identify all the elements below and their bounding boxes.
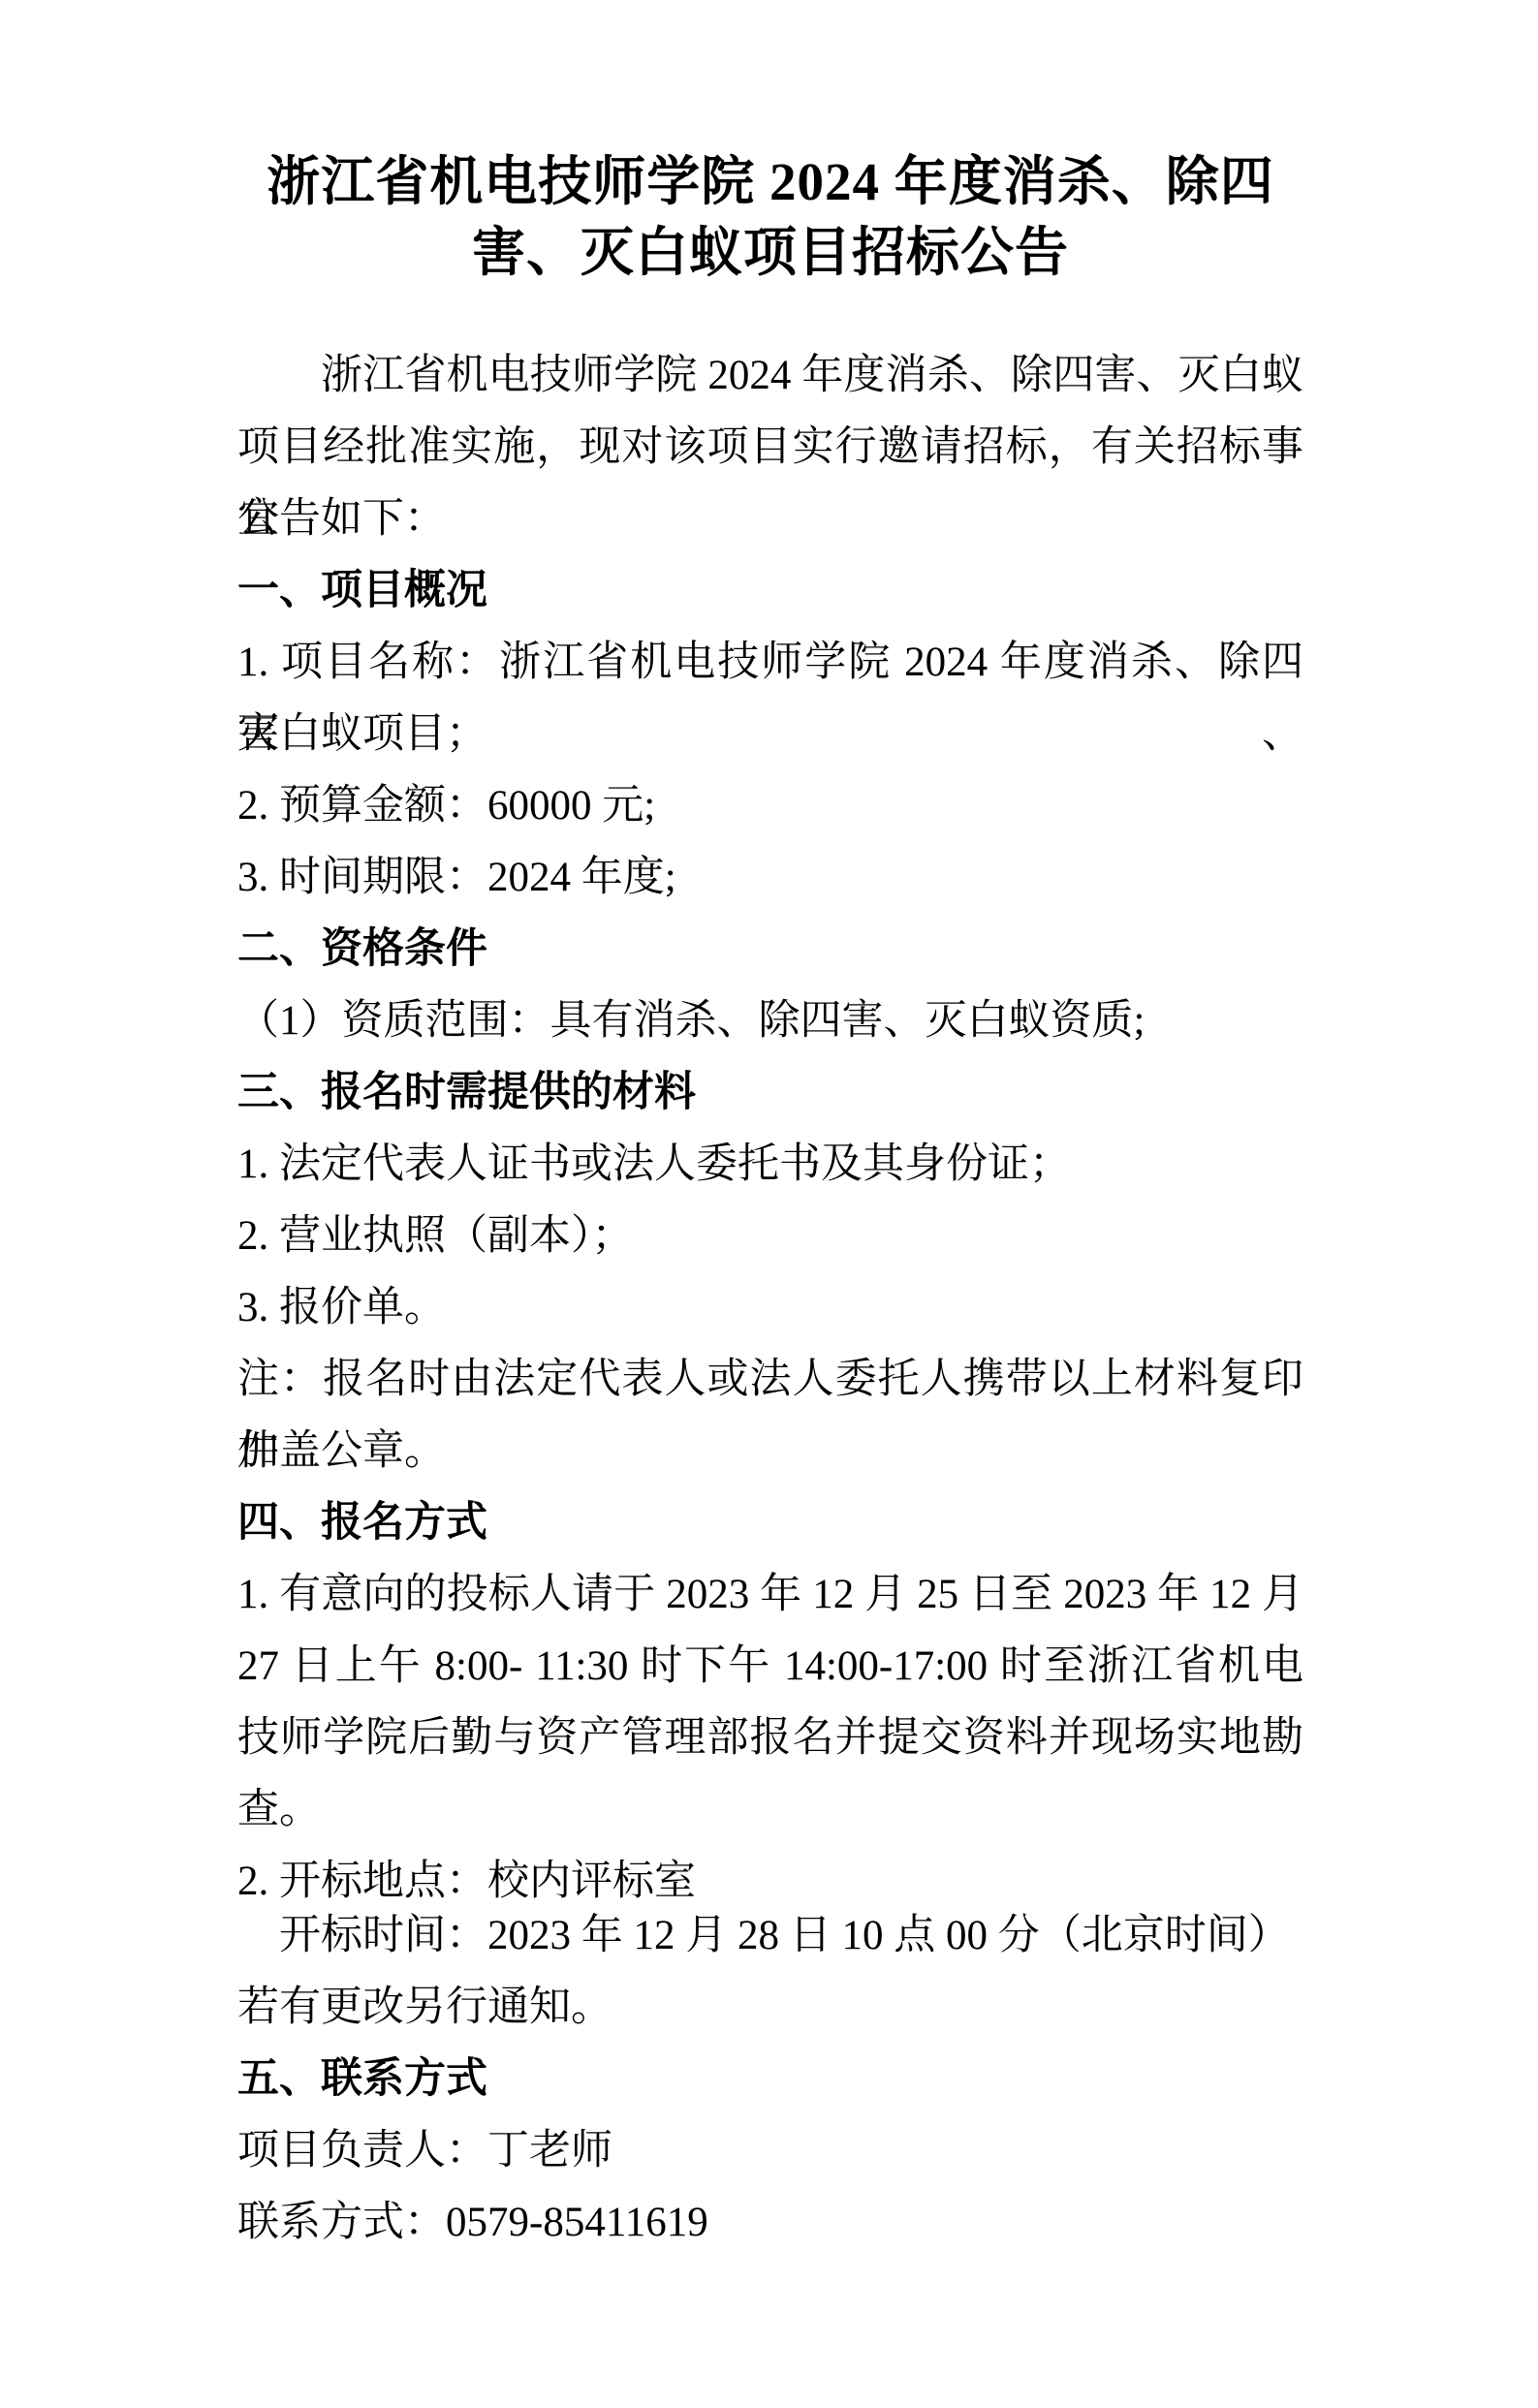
text-line: 3. 报价单。 <box>237 1272 1303 1344</box>
text-line: 加盖公章。 <box>237 1416 1303 1487</box>
text-line: 注：报名时由法定代表人或法人委托人携带以上材料复印件 <box>237 1344 1303 1416</box>
document-body: 浙江省机电技师学院 2024 年度消杀、除四害、灭白蚁项目经批准实施，现对该项目… <box>237 340 1303 2259</box>
text-line: 浙江省机电技师学院 2024 年度消杀、除四害、灭白蚁 <box>237 340 1303 412</box>
page-title-line-2: 害、灭白蚁项目招标公告 <box>237 217 1303 288</box>
document-page: 浙江省机电技师学院 2024 年度消杀、除四 害、灭白蚁项目招标公告 浙江省机电… <box>0 0 1538 2408</box>
text-line: 项目经批准实施，现对该项目实行邀请招标，有关招标事宜 <box>237 412 1303 484</box>
section-heading: 五、联系方式 <box>237 2044 1303 2115</box>
text-line: 项目负责人：丁老师 <box>237 2115 1303 2187</box>
text-line: 1. 法定代表人证书或法人委托书及其身份证； <box>237 1129 1303 1201</box>
text-line: 3. 时间期限：2024 年度; <box>237 842 1303 914</box>
text-line: 若有更改另行通知。 <box>237 1972 1303 2044</box>
text-line: 1. 项目名称：浙江省机电技师学院 2024 年度消杀、除四害、 <box>237 627 1303 699</box>
page-title-line-1: 浙江省机电技师学院 2024 年度消杀、除四 <box>237 146 1303 217</box>
text-line: 查。 <box>237 1774 1303 1846</box>
section-heading: 一、项目概况 <box>237 555 1303 627</box>
text-line: 27 日上午 8:00- 11:30 时下午 14:00-17:00 时至浙江省… <box>237 1631 1303 1703</box>
text-line: 技师学院后勤与资产管理部报名并提交资料并现场实地勘 <box>237 1703 1303 1774</box>
text-line: 公告如下： <box>237 484 1303 555</box>
page-title: 浙江省机电技师学院 2024 年度消杀、除四 害、灭白蚁项目招标公告 <box>237 146 1303 288</box>
section-heading: 二、资格条件 <box>237 914 1303 985</box>
section-heading: 三、报名时需提供的材料 <box>237 1057 1303 1129</box>
text-line: 2. 营业执照（副本）； <box>237 1201 1303 1272</box>
text-line: 2. 预算金额：60000 元; <box>237 770 1303 842</box>
text-line: 1. 有意向的投标人请于 2023 年 12 月 25 日至 2023 年 12… <box>237 1559 1303 1631</box>
text-line: （1）资质范围：具有消杀、除四害、灭白蚁资质; <box>237 985 1303 1057</box>
section-heading: 四、报名方式 <box>237 1487 1303 1559</box>
text-line: 开标时间：2023 年 12 月 28 日 10 点 00 分（北京时间） <box>237 1900 1303 1972</box>
text-line: 联系方式：0579-85411619 <box>237 2187 1303 2259</box>
